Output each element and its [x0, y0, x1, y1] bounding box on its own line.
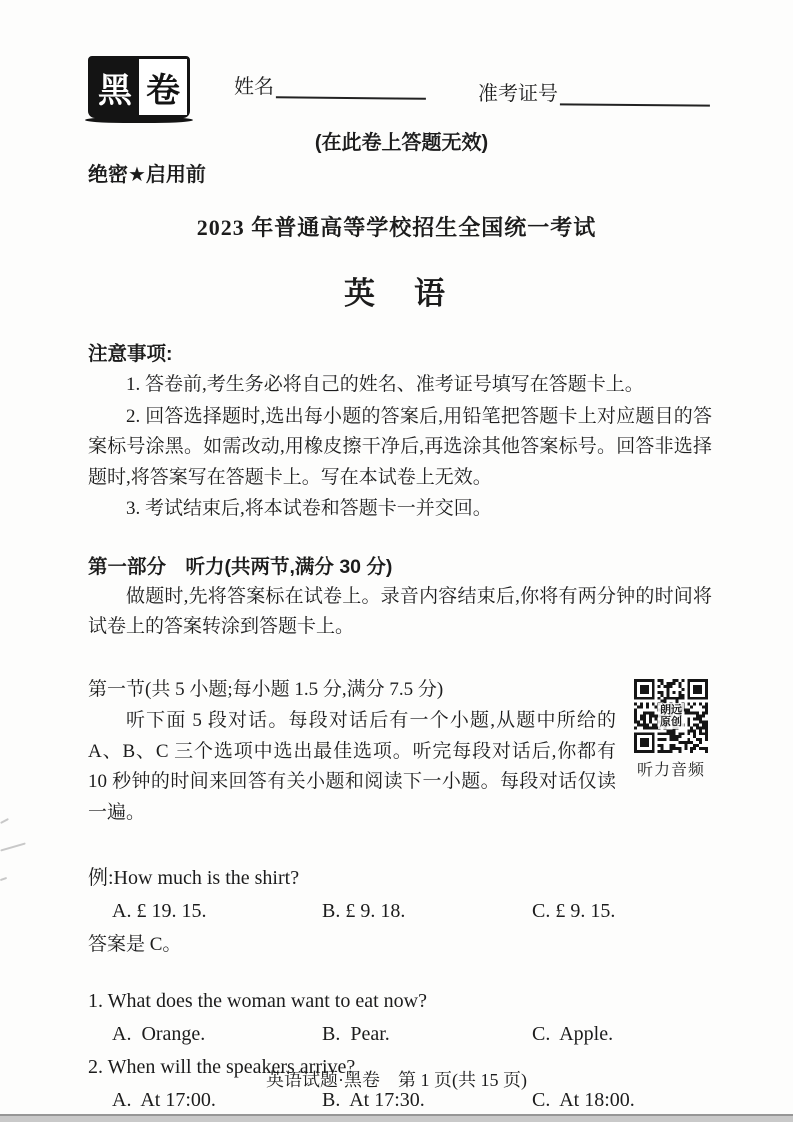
scan-pen-mark [0, 877, 7, 881]
ticket-field: 准考证号 [478, 77, 710, 106]
subject-title: 英 语 [0, 268, 793, 313]
heijuan-brand-logo: 黑 卷 [88, 56, 190, 118]
question-1-option-b: B. Pear. [322, 1019, 532, 1050]
qr-overlay-line-1: 朗远 [660, 704, 682, 716]
page-footer: 英语试题·黑卷 第 1 页(共 15 页) [0, 1066, 793, 1092]
answer-invalid-note: (在此卷上答题无效) [0, 126, 793, 155]
scan-pen-mark [0, 818, 9, 824]
ticket-input-line[interactable] [560, 84, 710, 106]
question-1-option-a: A. Orange. [112, 1019, 322, 1050]
section1-heading: 第一节(共 5 小题;每小题 1.5 分,满分 7.5 分) [88, 675, 712, 706]
notice-heading: 注意事项: [88, 338, 793, 366]
question-1-options-row: A. Orange. B. Pear. C. Apple. [88, 1019, 712, 1050]
section1-block: 朗远 原创 听力音频 第一节(共 5 小题;每小题 1.5 分,满分 7.5 分… [88, 675, 712, 830]
example-option-a: A. £ 19. 15. [112, 896, 322, 927]
qr-overlay-line-2: 原创 [660, 716, 682, 728]
scan-edge-strip [0, 1114, 793, 1122]
notice-item-3: 3. 考试结束后,将本试卷和答题卡一并交回。 [88, 494, 712, 525]
ticket-label: 准考证号 [478, 83, 558, 105]
candidate-fields: 姓名 准考证号 [234, 70, 712, 106]
part1-heading: 第一部分 听力(共两节,满分 30 分) [88, 551, 793, 579]
example-block: 例:How much is the shirt? A. £ 19. 15. B.… [88, 863, 712, 960]
name-input-line[interactable] [276, 77, 426, 100]
exam-title: 2023 年普通高等学校招生全国统一考试 [0, 211, 793, 242]
example-options-row: A. £ 19. 15. B. £ 9. 18. C. £ 9. 15. [88, 896, 712, 927]
notice-list: 1. 答卷前,考生务必将自己的姓名、准考证号填写在答题卡上。 2. 回答选择题时… [88, 370, 712, 525]
qr-overlay-text: 朗远 原创 [658, 703, 684, 729]
secrecy-label: 绝密★启用前 [88, 158, 793, 187]
scan-pen-mark [0, 842, 26, 851]
section1-intro: 听下面 5 段对话。每段对话后有一个小题,从题中所给的 A、B、C 三个选项中选… [88, 706, 712, 828]
example-option-b: B. £ 9. 18. [322, 896, 532, 927]
logo-left-page-char: 黑 [91, 59, 139, 115]
qr-caption: 听力音频 [630, 757, 712, 780]
example-answer-note: 答案是 C。 [88, 929, 712, 960]
listening-audio-qr-block: 朗远 原创 听力音频 [630, 679, 712, 780]
question-1-option-c: C. Apple. [532, 1019, 712, 1050]
example-option-c: C. £ 9. 15. [532, 896, 712, 927]
example-prompt: 例:How much is the shirt? [88, 863, 712, 894]
name-field: 姓名 [234, 70, 426, 106]
name-label: 姓名 [234, 76, 274, 98]
logo-right-page-char: 卷 [139, 59, 187, 115]
exam-paper-page: 黑 卷 姓名 准考证号 (在此卷上答题无效) 绝密★启用前 2023 年普通高等… [0, 0, 793, 1122]
notice-item-2: 2. 回答选择题时,选出每小题的答案后,用铅笔把答题卡上对应题目的答案标号涂黑。… [88, 402, 712, 494]
part1-intro-block: 做题时,先将答案标在试卷上。录音内容结束后,你将有两分钟的时间将试卷上的答案转涂… [88, 582, 712, 643]
part1-intro: 做题时,先将答案标在试卷上。录音内容结束后,你将有两分钟的时间将试卷上的答案转涂… [88, 582, 712, 643]
qr-code: 朗远 原创 [634, 679, 708, 753]
question-1-block: 1. What does the woman want to eat now? … [88, 986, 712, 1050]
header-row: 黑 卷 姓名 准考证号 [0, 0, 793, 118]
notice-item-1: 1. 答卷前,考生务必将自己的姓名、准考证号填写在答题卡上。 [88, 370, 712, 401]
question-1-prompt: 1. What does the woman want to eat now? [88, 986, 712, 1017]
